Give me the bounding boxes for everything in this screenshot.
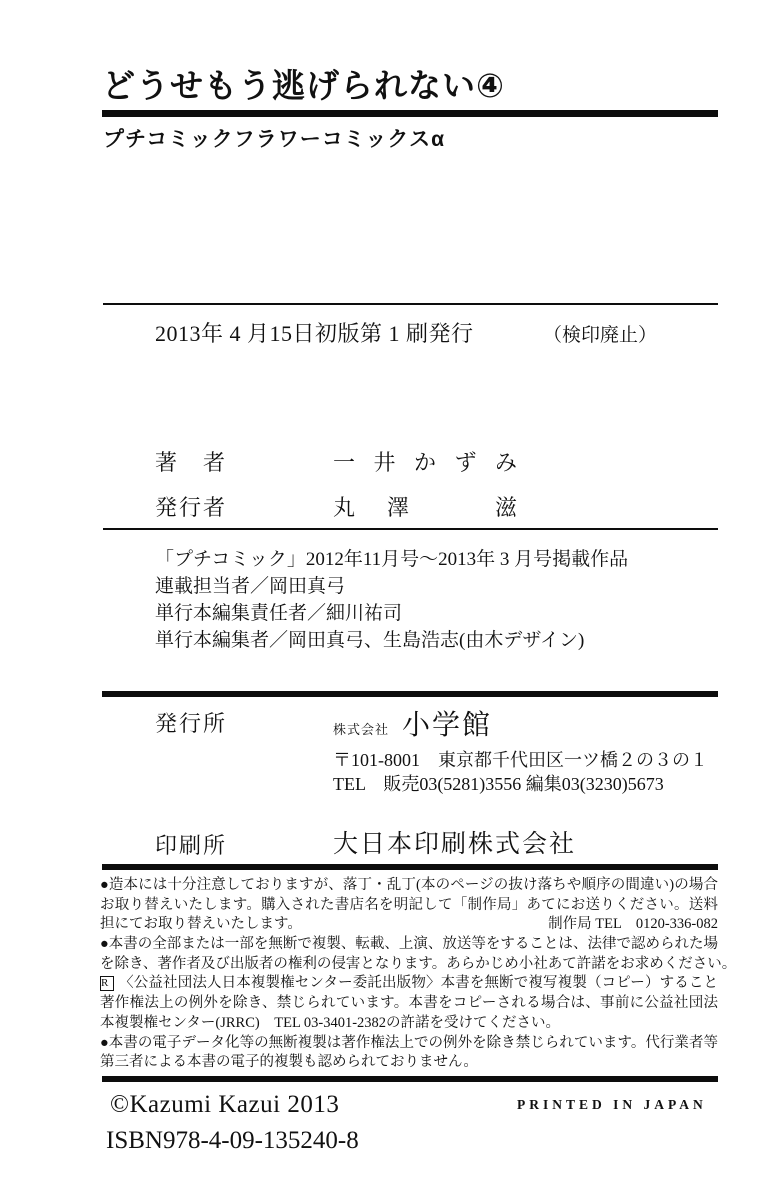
company-prefix: 株式会社 xyxy=(333,719,389,738)
publisher-person-name: 丸澤 滋 xyxy=(333,491,517,522)
publisher-person-label: 発行者 xyxy=(155,491,225,522)
legal-line: お取り替えいたします。購入された書店名を明記して「制作局」あてにお送りください。… xyxy=(100,896,718,916)
copyright-line: ©Kazumi Kazui 2013 xyxy=(110,1091,339,1119)
legal-line: ●造本には十分注意しておりますが、落丁・乱丁(本のページの抜け落ちや順序の間違い… xyxy=(100,876,718,896)
author-label: 著 者 xyxy=(155,446,225,477)
volume-chief-editor: 単行本編集責任者／細川祐司 xyxy=(155,600,628,627)
production-bureau-phone: 制作局 TEL 0120-336-082 xyxy=(548,915,718,935)
publisher-office-label: 発行所 xyxy=(155,707,225,738)
volume-editors: 単行本編集者／岡田真弓、生島浩志(由木デザイン) xyxy=(155,627,628,654)
editorial-credits: 「プチコミック」2012年11月号〜2013年 3 月号掲載作品 連載担当者／岡… xyxy=(155,546,628,654)
edition-date: 2013年 4 月15日初版第 1 刷発行 xyxy=(155,317,474,348)
jrrc-registered-mark-icon: R xyxy=(100,976,114,991)
publisher-company: 株式会社 小学館 xyxy=(333,703,492,743)
legal-line-text: 担にてお取り替えいたします。 xyxy=(100,915,302,935)
publisher-address: 〒101-8001 東京都千代田区一ツ橋２の３の１ xyxy=(333,746,708,772)
legal-top-rule xyxy=(102,864,718,870)
colophon-page: どうせもう逃げられない④ プチコミックフラワーコミックスα 2013年 4 月1… xyxy=(0,0,774,1200)
serial-editor: 連載担当者／岡田真弓 xyxy=(155,573,628,600)
edition-top-rule xyxy=(103,303,718,305)
serialization-note: 「プチコミック」2012年11月号〜2013年 3 月号掲載作品 xyxy=(155,546,628,573)
legal-line: ●本書の電子データ化等の無断複製は著作権法上での例外を除き禁じられています。代行… xyxy=(100,1034,718,1054)
footer-top-rule xyxy=(102,1076,718,1082)
legal-line: 著作権法上の例外を除き、禁じられています。本書をコピーされる場合は、事前に公益社… xyxy=(100,994,718,1014)
legal-line-text: 〈公益社団法人日本複製権センター委託出版物〉本書を無断で複写複製（コピー）するこ… xyxy=(100,975,718,994)
publisher-phone: TEL 販売03(5281)3556 編集03(3230)5673 xyxy=(333,770,664,796)
legal-line: を除き、著作者及び出版者の権利の侵害となります。あらかじめ小社あて許諾をお求めく… xyxy=(100,955,718,975)
legal-line: 担にてお取り替えいたします。 制作局 TEL 0120-336-082 xyxy=(100,915,718,935)
legal-line: 第三者による本書の電子的複製も認められておりません。 xyxy=(100,1053,718,1073)
legal-notices: ●造本には十分注意しておりますが、落丁・乱丁(本のページの抜け落ちや順序の間違い… xyxy=(100,876,718,1073)
book-title: どうせもう逃げられない④ xyxy=(102,68,505,104)
inspection-stamp-note: （検印廃止） xyxy=(543,320,657,347)
printed-in-japan: PRINTED IN JAPAN xyxy=(517,1097,707,1113)
legal-line: ●本書の全部または一部を無断で複製、転載、上演、放送等をすることは、法律で認めら… xyxy=(100,935,718,955)
isbn-number: ISBN978-4-09-135240-8 xyxy=(106,1127,359,1155)
publisher-top-rule xyxy=(102,691,718,697)
printer-label: 印刷所 xyxy=(155,829,225,860)
legal-line: R〈公益社団法人日本複製権センター委託出版物〉本書を無断で複写複製（コピー）する… xyxy=(100,974,718,994)
title-underline-rule xyxy=(102,110,718,117)
credits-top-rule xyxy=(103,528,718,530)
author-name: 一井かずみ xyxy=(333,446,517,477)
company-name: 小学館 xyxy=(402,703,492,743)
printer-name: 大日本印刷株式会社 xyxy=(333,824,576,860)
imprint-label: プチコミックフラワーコミックスα xyxy=(103,123,445,153)
legal-line: 本複製権センター(JRRC) TEL 03-3401-2382の許諾を受けてくだ… xyxy=(100,1014,718,1034)
